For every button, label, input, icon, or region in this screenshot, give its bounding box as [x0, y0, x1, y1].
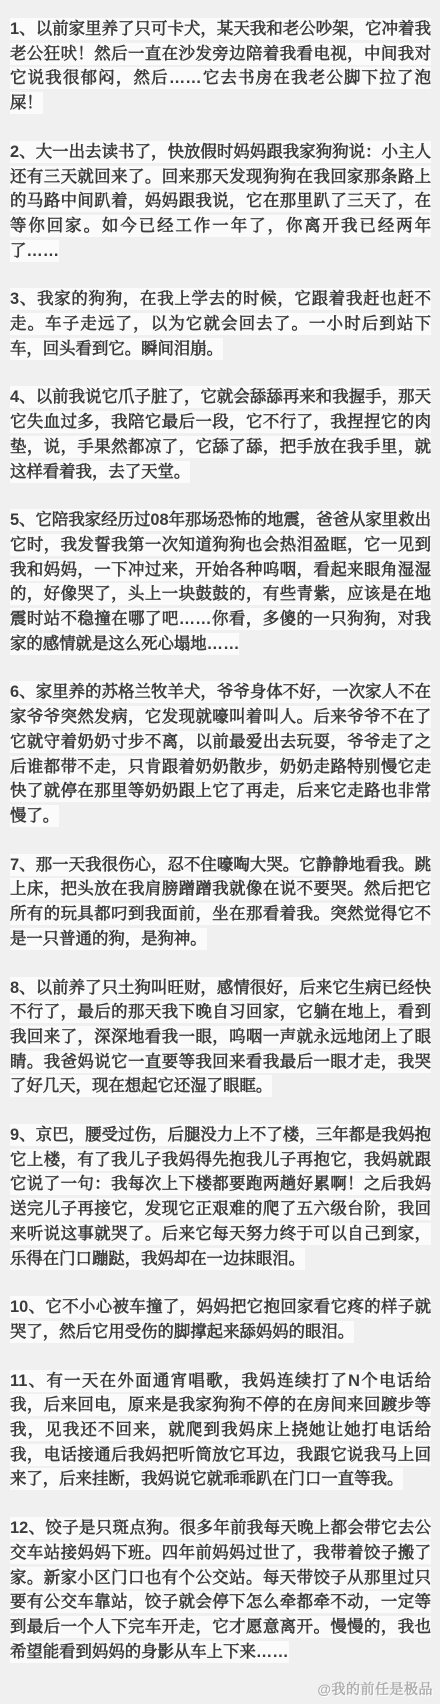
story-number: 10、: [10, 1298, 45, 1316]
story-text: 家里养的苏格兰牧羊犬，爷爷身体不好，一次家人不在家爷爷突然发病，它发现就嚎叫着叫…: [10, 683, 431, 825]
watermark: @我的前任是极品: [317, 1679, 433, 1699]
story-text: 我家的狗狗，在我上学去的时候，它跟着我赶也赶不走。车子走远了，以为它就会回去了。…: [10, 290, 431, 357]
story-number: 6、: [10, 683, 36, 701]
story-text: 以前家里养了只可卡犬，某天我和老公吵架，它冲着我老公狂吠！然后一直在沙发旁边陪着…: [10, 20, 431, 112]
story-text: 京巴，腰受过伤，后腿没力上不了楼，三年都是我妈抱它上楼，有了我儿子我妈得先抱我儿…: [10, 1126, 431, 1268]
story-paragraph: 7、那一天我很伤心，忍不住嚎啕大哭。它静静地看我。跳上床，把头放在我肩膀蹭蹭我就…: [10, 853, 431, 952]
story-paragraph: 4、以前我说它爪子脏了，它就会舔舔再来和我握手，那天它失血过多，我陪它最后一段，…: [10, 385, 431, 484]
story-paragraph: 2、大一出去读书了，快放假时妈妈跟我家狗狗说：小主人还有三天就回来了。回来那天发…: [10, 140, 431, 264]
story-text: 饺子是只斑点狗。很多年前我每天晚上都会带它去公交车站接妈妈下班。四年前妈妈过世了…: [10, 1519, 431, 1661]
story-paragraph: 8、以前养了只土狗叫旺财，感情很好，后来它生病已经快不行了，最后的那天我下晚自习…: [10, 976, 431, 1100]
story-paragraph: 11、有一天在外面通宵唱歌，我妈连续打了N个电话给我，后来回电，原来是我家狗狗不…: [10, 1369, 431, 1493]
story-paragraph: 5、它陪我家经历过08年那场恐怖的地震，爸爸从家里救出它时，我发誓我第一次知道狗…: [10, 508, 431, 656]
story-number: 7、: [10, 856, 36, 874]
story-paragraph: 10、它不小心被车撞了，妈妈把它抱回家看它疼的样子就哭了，然后它用受伤的脚撑起来…: [10, 1295, 431, 1344]
story-paragraph: 9、京巴，腰受过伤，后腿没力上不了楼，三年都是我妈抱它上楼，有了我儿子我妈得先抱…: [10, 1123, 431, 1271]
story-paragraph: 12、饺子是只斑点狗。很多年前我每天晚上都会带它去公交车站接妈妈下班。四年前妈妈…: [10, 1516, 431, 1664]
story-paragraph: 3、我家的狗狗，在我上学去的时候，它跟着我赶也赶不走。车子走远了，以为它就会回去…: [10, 287, 431, 361]
story-number: 4、: [10, 388, 36, 406]
story-number: 8、: [10, 979, 36, 997]
story-text: 它不小心被车撞了，妈妈把它抱回家看它疼的样子就哭了，然后它用受伤的脚撑起来舔妈妈…: [10, 1298, 431, 1341]
page: { "colors": { "page_background": "#f0f0f…: [0, 0, 440, 1704]
story-text: 那一天我很伤心，忍不住嚎啕大哭。它静静地看我。跳上床，把头放在我肩膀蹭蹭我就像在…: [10, 856, 431, 948]
story-text: 它陪我家经历过08年那场恐怖的地震，爸爸从家里救出它时，我发誓我第一次知道狗狗也…: [10, 511, 431, 653]
story-text: 有一天在外面通宵唱歌，我妈连续打了N个电话给我，后来回电，原来是我家狗狗不停的在…: [10, 1372, 431, 1489]
story-number: 3、: [10, 290, 37, 308]
story-number: 2、: [10, 143, 36, 161]
story-text: 大一出去读书了，快放假时妈妈跟我家狗狗说：小主人还有三天就回来了。回来那天发现狗…: [10, 143, 431, 260]
story-text: 以前我说它爪子脏了，它就会舔舔再来和我握手，那天它失血过多，我陪它最后一段，它不…: [10, 388, 431, 480]
story-number: 5、: [10, 511, 36, 529]
story-list: 1、以前家里养了只可卡犬，某天我和老公吵架，它冲着我老公狂吠！然后一直在沙发旁边…: [0, 0, 440, 1664]
story-number: 9、: [10, 1126, 36, 1144]
story-paragraph: 6、家里养的苏格兰牧羊犬，爷爷身体不好，一次家人不在家爷爷突然发病，它发现就嚎叫…: [10, 680, 431, 828]
story-paragraph: 1、以前家里养了只可卡犬，某天我和老公吵架，它冲着我老公狂吠！然后一直在沙发旁边…: [10, 17, 431, 116]
story-number: 1、: [10, 20, 36, 38]
story-number: 11、: [10, 1372, 46, 1390]
story-text: 以前养了只土狗叫旺财，感情很好，后来它生病已经快不行了，最后的那天我下晚自习回家…: [10, 979, 431, 1096]
story-number: 12、: [10, 1519, 45, 1537]
